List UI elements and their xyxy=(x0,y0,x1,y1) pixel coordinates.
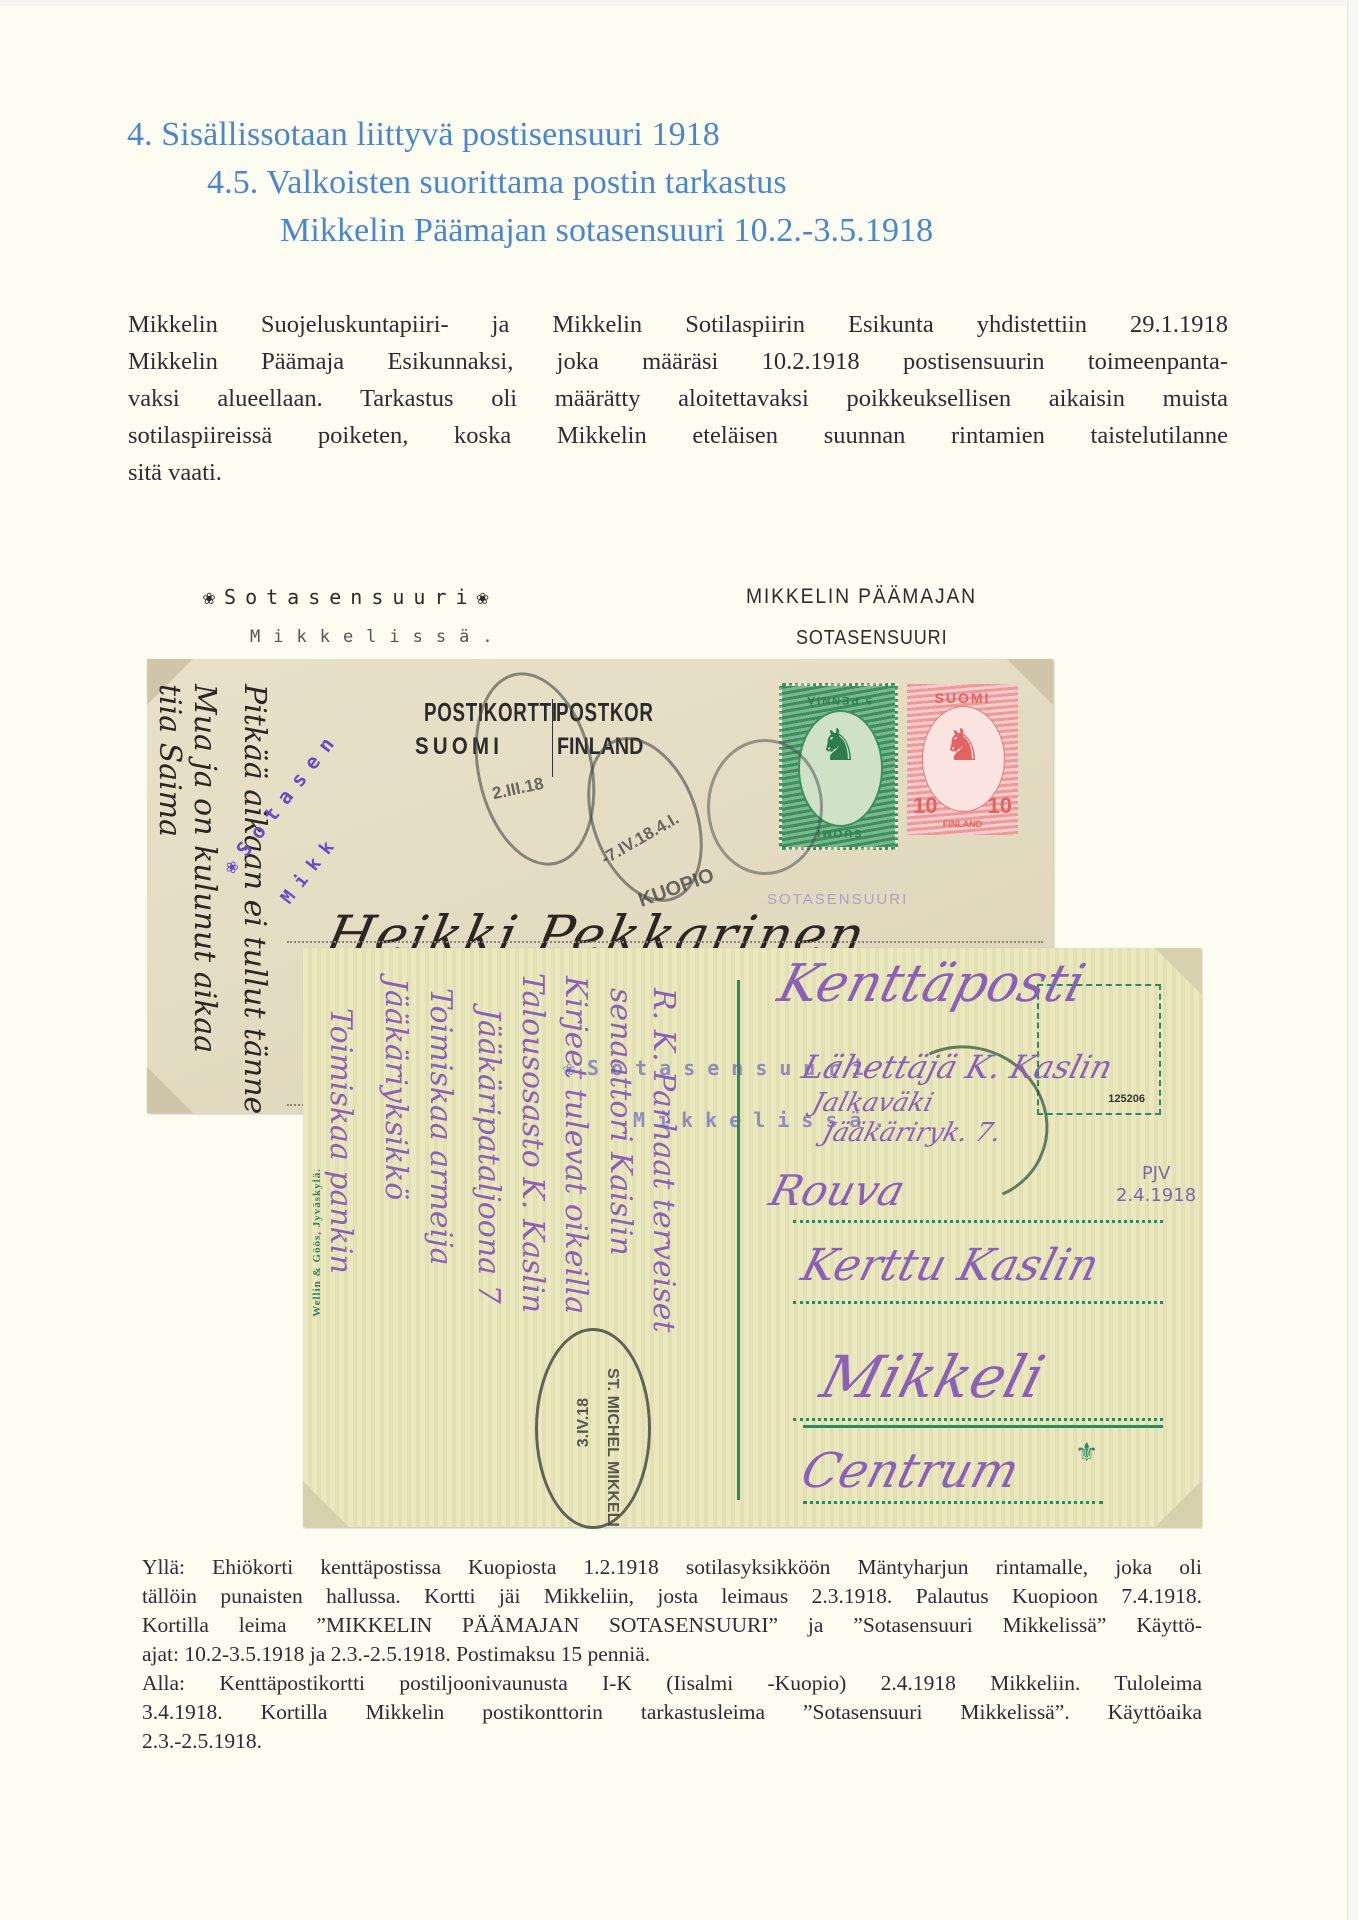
handwritten-message-line: Jääkäriyksikkö xyxy=(378,978,413,1200)
publisher-imprint: Wellin & Göös, Jyväskylä. xyxy=(311,1168,323,1317)
caption-line: Kortilla leima ”MIKKELIN PÄÄMAJAN SOTASE… xyxy=(142,1611,1202,1640)
pencil-note-line: PJV xyxy=(1116,1163,1196,1185)
postmark-cancel xyxy=(707,739,823,875)
caption-line: ajat: 10.2-3.5.1918 ja 2.3.-2.5.1918. Po… xyxy=(142,1640,1202,1669)
stamp-text: 5 PENNIÄ xyxy=(782,694,895,706)
handwritten-kenttaposti: Kenttäposti xyxy=(772,954,1091,1014)
handwritten-city: Mikkeli xyxy=(814,1343,1052,1411)
censor-stamp-label-sotasensuuri: ❀Sotasensuuri❀ xyxy=(203,585,498,609)
postage-stamp-red-indicium: SUOMI ♞ 10 10 FINLAND xyxy=(907,684,1018,835)
handwritten-sender-unit: Jääkäriryk. 7. xyxy=(819,1118,1005,1148)
pencil-note-line: 2.4.1918 xyxy=(1116,1185,1196,1207)
postmark-st-michel xyxy=(535,1328,651,1529)
address-line xyxy=(803,1501,1103,1504)
handwritten-message-line: Kirjeet tulevat oikeilla xyxy=(558,976,593,1314)
postcard-lower: Wellin & Göös, Jyväskylä. Toimiskaa pank… xyxy=(303,948,1201,1527)
handwritten-recipient-name: Kerttu Kaslin xyxy=(796,1240,1104,1291)
pencil-note: PJV 2.4.1918 xyxy=(1116,1163,1196,1207)
caption-line: tällöin punaisten hallussa. Kortti jäi M… xyxy=(142,1582,1202,1611)
page-edge xyxy=(1347,0,1358,1920)
lion-icon: ♞ xyxy=(907,720,1018,771)
page-edge xyxy=(0,0,1358,6)
stamp-value: 10 xyxy=(988,793,1012,819)
address-divider xyxy=(737,980,740,1500)
stamp-text: FINLAND xyxy=(907,819,1018,829)
censor-stamp-label-mikkelissa: Mikkelissä. xyxy=(250,627,506,647)
handwritten-message-line: Jääkäripataljoona 7 xyxy=(471,1008,506,1304)
postmark-mikkeli xyxy=(458,661,612,877)
postmark-date: 3.IV.18 xyxy=(575,1398,593,1447)
caption-line: 2.3.-2.5.1918. xyxy=(142,1727,1202,1756)
intro-line: vaksi alueellaan. Tarkastus oli määrätty… xyxy=(128,380,1228,417)
handwritten-message-line: Pitkää aikaan ei tullut tänne xyxy=(237,684,272,1114)
handwritten-sender: Lähettäjä K. Kaslin xyxy=(798,1048,1117,1086)
intro-line: sitä vaati. xyxy=(128,454,1228,491)
page-title: 4. Sisällissotaan liittyvä postisensuuri… xyxy=(127,118,720,152)
section-subtitle: 4.5. Valkoisten suorittama postin tarkas… xyxy=(207,166,787,200)
handwritten-message-line: Mua ja on kulunut aikaa xyxy=(187,684,222,1053)
address-line xyxy=(287,941,1043,943)
handwritten-recipient-title: Rouva xyxy=(764,1166,910,1215)
publisher-logo-icon: ⚜ xyxy=(1075,1438,1098,1468)
address-line xyxy=(793,1301,1163,1304)
caption: Yllä: Ehiökorti kenttäpostissa Kuopiosta… xyxy=(142,1553,1202,1756)
intro-paragraph: Mikkelin Suojeluskuntapiiri- ja Mikkelin… xyxy=(128,306,1228,491)
intro-line: Mikkelin Päämaja Esikunnaksi, joka määrä… xyxy=(128,343,1228,380)
caption-line: Yllä: Ehiökorti kenttäpostissa Kuopiosta… xyxy=(142,1553,1202,1582)
photo-corner xyxy=(303,1481,349,1527)
handwritten-district: Centrum xyxy=(795,1443,1025,1499)
censor-stamp-label-sotasensuuri-2: SOTASENSUURI xyxy=(796,627,947,650)
subsection-subtitle: Mikkelin Päämajan sotasensuuri 10.2.-3.5… xyxy=(280,214,933,248)
handwritten-message-line: Toimiskaa pankin xyxy=(323,1008,358,1274)
address-line xyxy=(793,1220,1163,1223)
censor-stamp-label-paamajan: MIKKELIN PÄÄMAJAN xyxy=(746,585,977,609)
handwritten-sender-unit: Jalkaväki xyxy=(809,1088,937,1118)
photo-corner xyxy=(1155,948,1201,994)
address-underline xyxy=(803,1425,1163,1428)
stamp-box-number: 125206 xyxy=(1108,1093,1145,1105)
handwritten-message-line: Toimiskaa armeija xyxy=(423,988,458,1265)
violet-censor-stamp: Mikk xyxy=(277,829,345,908)
intro-line: sotilaspiireissä poiketen, koska Mikkeli… xyxy=(128,417,1228,454)
stamp-value: 10 xyxy=(913,793,937,819)
photo-corner xyxy=(147,1067,193,1113)
handwritten-message-line: tiia Saima xyxy=(152,684,187,837)
address-line xyxy=(793,1418,1163,1421)
caption-line: 3.4.1918. Kortilla Mikkelin postikonttor… xyxy=(142,1698,1202,1727)
postmark-place: ST. MICHEL MIKKELI xyxy=(603,1368,621,1527)
stamp-text: SUOMI xyxy=(907,690,1018,706)
handwritten-message-line: R. K. Parhaat terveiset xyxy=(646,988,681,1333)
photo-corner xyxy=(1155,1481,1201,1527)
handwritten-message-line: Talousosasto K. Kaslin xyxy=(515,973,550,1313)
intro-line: Mikkelin Suojeluskuntapiiri- ja Mikkelin… xyxy=(128,306,1228,343)
caption-line: Alla: Kenttäpostikortti postiljoonivaunu… xyxy=(142,1669,1202,1698)
